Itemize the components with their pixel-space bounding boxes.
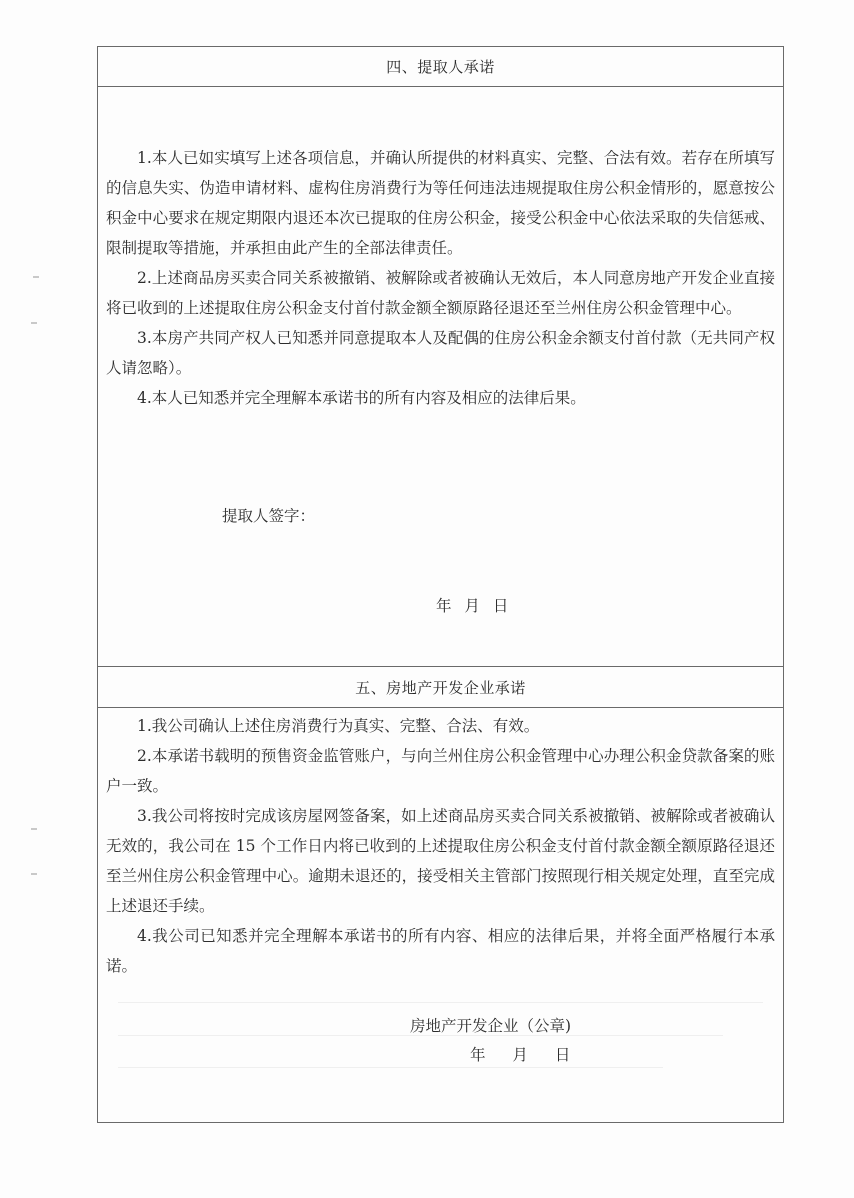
section4-body: 1.本人已如实填写上述各项信息，并确认所提供的材料真实、完整、合法有效。若存在所… [106, 143, 775, 413]
scan-artifact [31, 828, 37, 830]
scan-artifact [31, 873, 37, 875]
section4-paragraph-3: 3.本房产共同产权人已知悉并同意提取本人及配偶的住房公积金余额支付首付款（无共同… [106, 323, 775, 383]
scanned-document-page: 四、提取人承诺 1.本人已如实填写上述各项信息，并确认所提供的材料真实、完整、合… [0, 0, 854, 1198]
section5-paragraph-2: 2.本承诺书载明的预售资金监管账户，与向兰州住房公积金管理中心办理公积金贷款备案… [106, 741, 775, 801]
developer-seal-label: 房地产开发企业（公章) [410, 1014, 571, 1036]
scan-artifact [118, 1002, 763, 1003]
applicant-signature-label: 提取人签字： [222, 504, 315, 526]
section4-paragraph-1: 1.本人已如实填写上述各项信息，并确认所提供的材料真实、完整、合法有效。若存在所… [106, 143, 775, 263]
scan-artifact [33, 276, 39, 278]
scan-artifact [118, 1067, 663, 1068]
applicant-date-label: 年 月 日 [436, 594, 508, 616]
section4-header: 四、提取人承诺 [98, 47, 783, 87]
section4-title: 四、提取人承诺 [386, 56, 495, 77]
section5-title: 五、房地产开发企业承诺 [355, 677, 526, 698]
commitment-table: 四、提取人承诺 1.本人已如实填写上述各项信息，并确认所提供的材料真实、完整、合… [97, 46, 784, 1123]
developer-date-label: 年 月 日 [470, 1043, 570, 1065]
section4-paragraph-4: 4.本人已知悉并完全理解本承诺书的所有内容及相应的法律后果。 [106, 383, 775, 413]
section5-header: 五、房地产开发企业承诺 [98, 667, 783, 708]
section4-paragraph-2: 2.上述商品房买卖合同关系被撤销、被解除或者被确认无效后，本人同意房地产开发企业… [106, 263, 775, 323]
section5-paragraph-1: 1.我公司确认上述住房消费行为真实、完整、合法、有效。 [106, 711, 775, 741]
section5-body: 1.我公司确认上述住房消费行为真实、完整、合法、有效。 2.本承诺书载明的预售资… [106, 711, 775, 981]
section5-paragraph-3: 3.我公司将按时完成该房屋网签备案，如上述商品房买卖合同关系被撤销、被解除或者被… [106, 801, 775, 921]
scan-artifact [31, 322, 37, 324]
section5-paragraph-4: 4.我公司已知悉并完全理解本承诺书的所有内容、相应的法律后果，并将全面严格履行本… [106, 921, 775, 981]
